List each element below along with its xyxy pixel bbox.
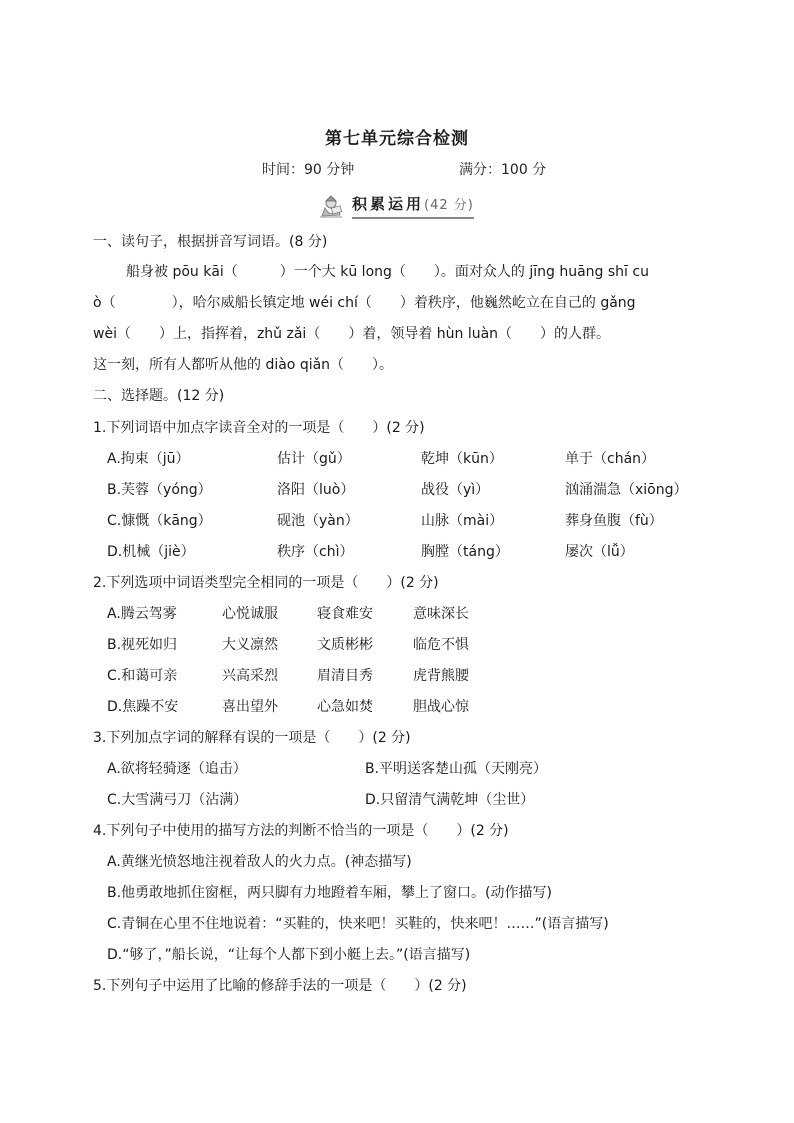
q1-line-1: 船身被 pōu kāi（ ）一个大 kū long（ ）。面对众人的 jīng … xyxy=(126,262,649,282)
question-4-stem: 4.下列句子中使用的描写方法的判断不恰当的一项是（ ）(2 分) xyxy=(93,821,509,841)
option-item: 虎背熊腰 xyxy=(413,666,469,686)
section-banner: 积累运用(42 分) xyxy=(318,193,474,219)
option-item: 葬身鱼腹（fù） xyxy=(565,511,663,531)
section-title: 积累运用(42 分) xyxy=(352,194,474,219)
option-item: 心悦诚服 xyxy=(222,604,278,624)
option-item: 砚池（yàn） xyxy=(277,511,359,531)
option-d[interactable]: D.“够了，”船长说，“让每个人都下到小艇上去。”(语言描写) xyxy=(107,945,470,965)
section-score: (42 分) xyxy=(424,198,474,213)
option-d[interactable]: D.焦躁不安 xyxy=(107,697,178,717)
question-2-stem: 2.下列选项中词语类型完全相同的一项是（ ）(2 分) xyxy=(93,573,439,593)
option-b[interactable]: B.芙蓉（yóng） xyxy=(107,480,212,500)
option-d[interactable]: D.机械（jiè） xyxy=(107,542,195,562)
option-d[interactable]: D.只留清气满乾坤（尘世） xyxy=(365,790,534,810)
option-c[interactable]: C.青铜在心里不住地说着：“买鞋的，快来吧！买鞋的，快来吧！……”(语言描写) xyxy=(107,914,609,934)
option-item: 屡次（lǚ） xyxy=(565,542,634,562)
exam-page: 第七单元综合检测 时间：90 分钟 满分：100 分 积累运用(42 分) 一、… xyxy=(0,0,794,1123)
option-a[interactable]: A.欲将轻骑逐（追击） xyxy=(107,759,247,779)
page-title: 第七单元综合检测 xyxy=(0,124,794,149)
option-item: 眉清目秀 xyxy=(317,666,373,686)
time-limit: 时间：90 分钟 xyxy=(262,159,354,179)
option-item: 汹涌湍急（xiōng） xyxy=(565,480,688,500)
option-item: 寝食难安 xyxy=(317,604,373,624)
q1-line-4: 这一刻，所有人都听从他的 diào qiǎn（ ）。 xyxy=(93,355,393,375)
option-item: 估计（gǔ） xyxy=(277,449,351,469)
option-item: 秩序（chì） xyxy=(277,542,353,562)
option-item: 战役（yì） xyxy=(421,480,489,500)
option-item: 乾坤（kūn） xyxy=(421,449,503,469)
question-1-stem: 1.下列词语中加点字读音全对的一项是（ ）(2 分) xyxy=(93,418,425,438)
option-c[interactable]: C.慷慨（kāng） xyxy=(107,511,212,531)
question-3-stem: 3.下列加点字词的解释有误的一项是（ ）(2 分) xyxy=(93,728,411,748)
cartoon-reader-icon xyxy=(318,195,344,219)
option-item: 大义凛然 xyxy=(222,635,278,655)
full-score: 满分：100 分 xyxy=(459,159,546,179)
option-item: 单于（chán） xyxy=(565,449,655,469)
option-b[interactable]: B.平明送客楚山孤（天刚亮） xyxy=(365,759,547,779)
section-label: 积累运用 xyxy=(352,195,424,213)
option-b[interactable]: B.他勇敢地抓住窗框，两只脚有力地蹬着车厢，攀上了窗口。(动作描写) xyxy=(107,883,552,903)
option-a[interactable]: A.腾云驾雾 xyxy=(107,604,177,624)
option-item: 意味深长 xyxy=(413,604,469,624)
option-a[interactable]: A.黄继光愤怒地注视着敌人的火力点。(神态描写) xyxy=(107,852,412,872)
q1-line-2: ò（ ），哈尔威船长镇定地 wéi chí（ ）着秩序，他巍然屹立在自己的 gǎ… xyxy=(93,293,636,313)
q1-heading: 一、读句子，根据拼音写词语。(8 分) xyxy=(93,232,327,252)
option-item: 兴高采烈 xyxy=(222,666,278,686)
question-5-stem: 5.下列句子中运用了比喻的修辞手法的一项是（ ）(2 分) xyxy=(93,976,467,996)
option-item: 心急如焚 xyxy=(317,697,373,717)
option-c[interactable]: C.大雪满弓刀（沾满） xyxy=(107,790,247,810)
option-item: 胸膛（táng） xyxy=(421,542,509,562)
q2-heading: 二、选择题。(12 分) xyxy=(93,386,224,406)
option-a[interactable]: A.拘束（jū） xyxy=(107,449,190,469)
option-item: 喜出望外 xyxy=(222,697,278,717)
option-item: 临危不惧 xyxy=(413,635,469,655)
option-item: 洛阳（luò） xyxy=(277,480,354,500)
option-item: 文质彬彬 xyxy=(317,635,373,655)
option-item: 胆战心惊 xyxy=(413,697,469,717)
option-b[interactable]: B.视死如归 xyxy=(107,635,177,655)
option-c[interactable]: C.和蔼可亲 xyxy=(107,666,177,686)
option-item: 山脉（mài） xyxy=(421,511,503,531)
q1-line-3: wèi（ ）上，指挥着，zhǔ zǎi（ ）着，领导着 hùn luàn（ ）的… xyxy=(93,324,610,344)
